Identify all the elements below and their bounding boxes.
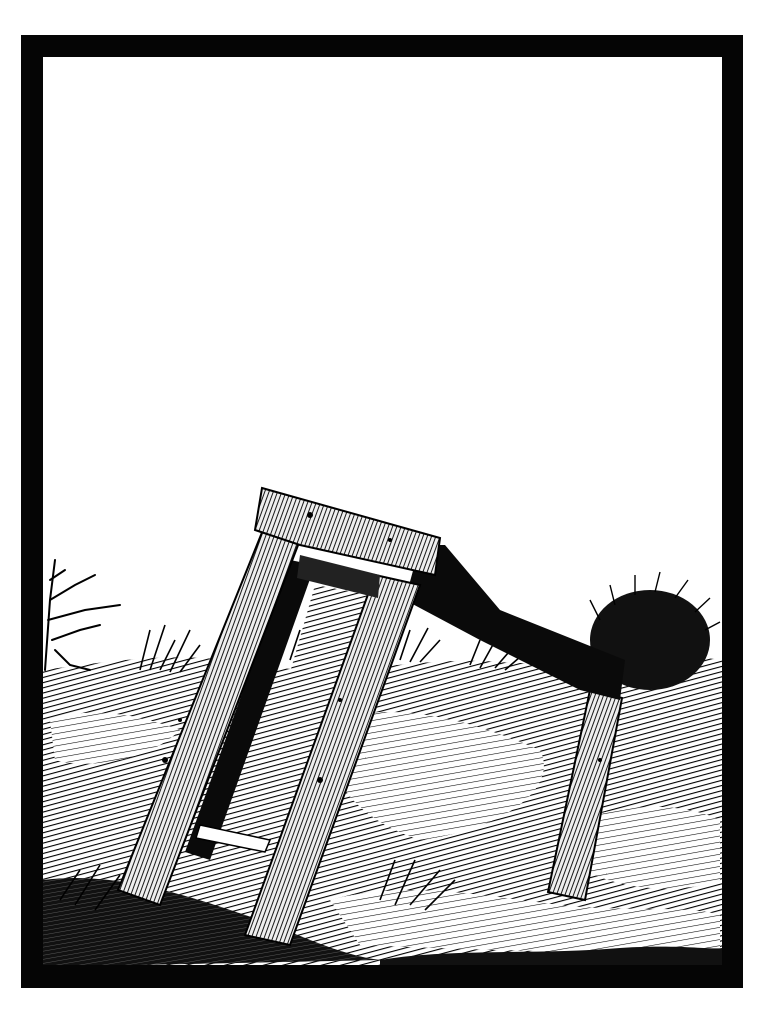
illustration <box>0 0 768 1024</box>
sand-highlight-right <box>580 807 720 889</box>
